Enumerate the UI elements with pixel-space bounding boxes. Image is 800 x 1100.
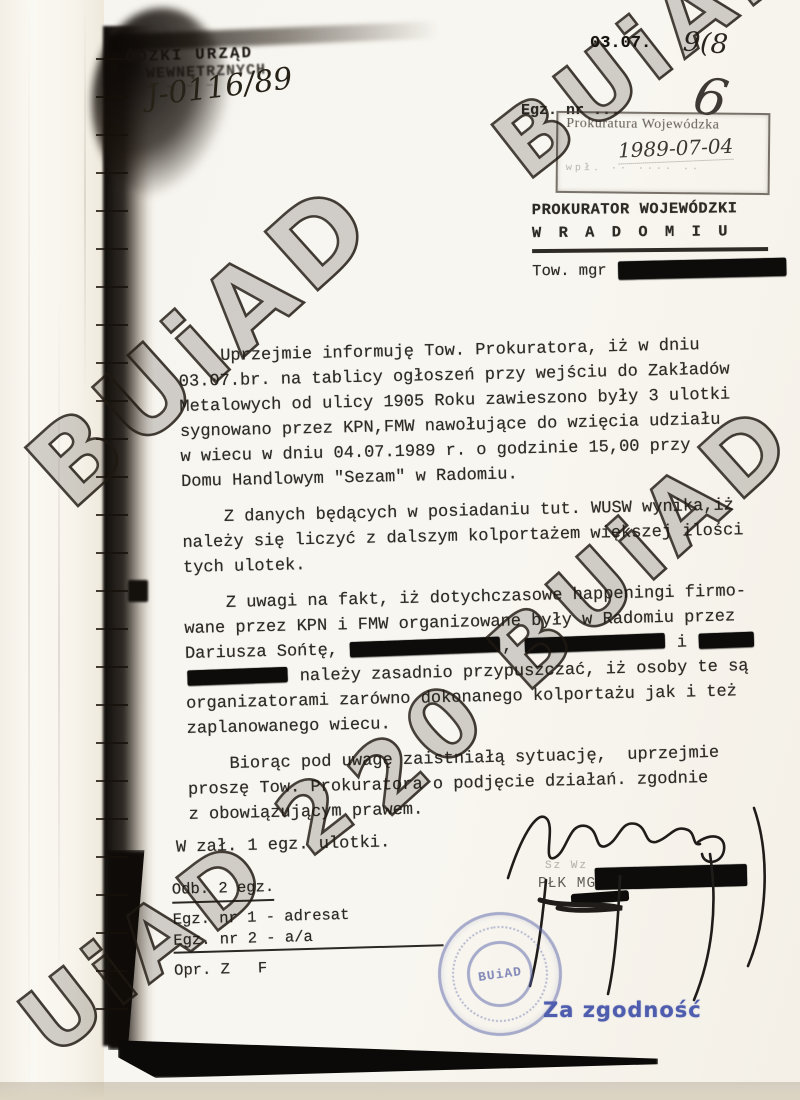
ink-blotch: [128, 580, 148, 602]
scanner-bottom-edge: [0, 1082, 800, 1100]
tick-mark: [96, 856, 128, 858]
addressee-underline: [532, 247, 768, 253]
paper-crease: [84, 0, 86, 400]
body-text: Uprzejmie informuję Tow. Prokuratora, iż…: [178, 331, 793, 839]
distribution-text: Opr. Z F: [174, 959, 267, 980]
redaction-bar: [699, 632, 755, 649]
tick-mark: [96, 210, 128, 212]
handwritten-mark-98: 9(8: [682, 26, 729, 60]
addressee-title: PROKURATOR WOJEWÓDZKI: [532, 199, 788, 219]
addressee-city: W R A D O M I U: [532, 222, 788, 242]
tick-mark: [96, 58, 128, 60]
tick-mark: [96, 552, 128, 554]
redaction-bar: [350, 637, 500, 657]
tick-mark: [96, 704, 128, 706]
typed-date: 03.07.: [590, 34, 651, 53]
tick-mark: [96, 514, 128, 516]
paragraph: Z uwagi na fakt, iż dotychczasowe happen…: [184, 578, 791, 742]
tick-mark: [96, 1008, 128, 1010]
paragraph: Uprzejmie informuję Tow. Prokuratora, iż…: [178, 331, 785, 495]
tick-mark: [96, 286, 128, 288]
tick-mark: [96, 932, 128, 934]
tick-mark: [96, 172, 128, 174]
paper-crease: [58, 300, 60, 1000]
tick-mark: [96, 438, 128, 440]
tick-mark: [96, 248, 128, 250]
tick-mark: [96, 666, 128, 668]
salutation-text: Tow. mgr: [532, 261, 616, 280]
redaction-bar: [524, 633, 664, 653]
salutation-line: Tow. mgr: [532, 260, 788, 280]
tick-mark: [96, 742, 128, 744]
scanner-background: [0, 0, 104, 1100]
registry-stamp-org: Prokuratura Wojewódzka: [566, 116, 760, 134]
tick-mark: [96, 818, 128, 820]
certification-stamp-text: Za zgodność: [543, 998, 702, 1022]
tick-mark: [96, 894, 128, 896]
tick-mark: [96, 96, 128, 98]
scanned-document: ÓDZKI URZĄD WEWNĘTRZNYCH — — — — — J-011…: [0, 0, 800, 1100]
tick-mark: [96, 324, 128, 326]
tick-mark: [96, 400, 128, 402]
addressee-block: PROKURATOR WOJEWÓDZKI W R A D O M I U To…: [532, 199, 788, 280]
distribution-list: Odb. 2 egz.Egz. nr 1 - adresatEgz. nr 2 …: [172, 872, 444, 981]
tick-mark: [96, 628, 128, 630]
tick-mark: [96, 134, 128, 136]
tick-mark: [96, 362, 128, 364]
tick-mark: [96, 780, 128, 782]
paragraph: Z danych będących w posiadaniu tut. WUSW…: [182, 492, 788, 581]
registry-stamp-date: 1989-07-04: [618, 134, 734, 165]
redaction-bar: [187, 667, 287, 686]
tick-mark: [96, 970, 128, 972]
tick-mark: [96, 590, 128, 592]
redaction-bar: [618, 258, 786, 280]
tick-mark: [96, 476, 128, 478]
distribution-text: Egz. nr 1 - adresat: [172, 906, 349, 929]
registry-stamp-box: Prokuratura Wojewódzka 1989-07-04 wpł. ·…: [556, 111, 771, 195]
registry-stamp-faint-line: wpł. ·· ···· ··: [566, 163, 760, 176]
paper-crease: [28, 0, 30, 1100]
distribution-text: Odb. 2 egz.: [172, 877, 275, 904]
